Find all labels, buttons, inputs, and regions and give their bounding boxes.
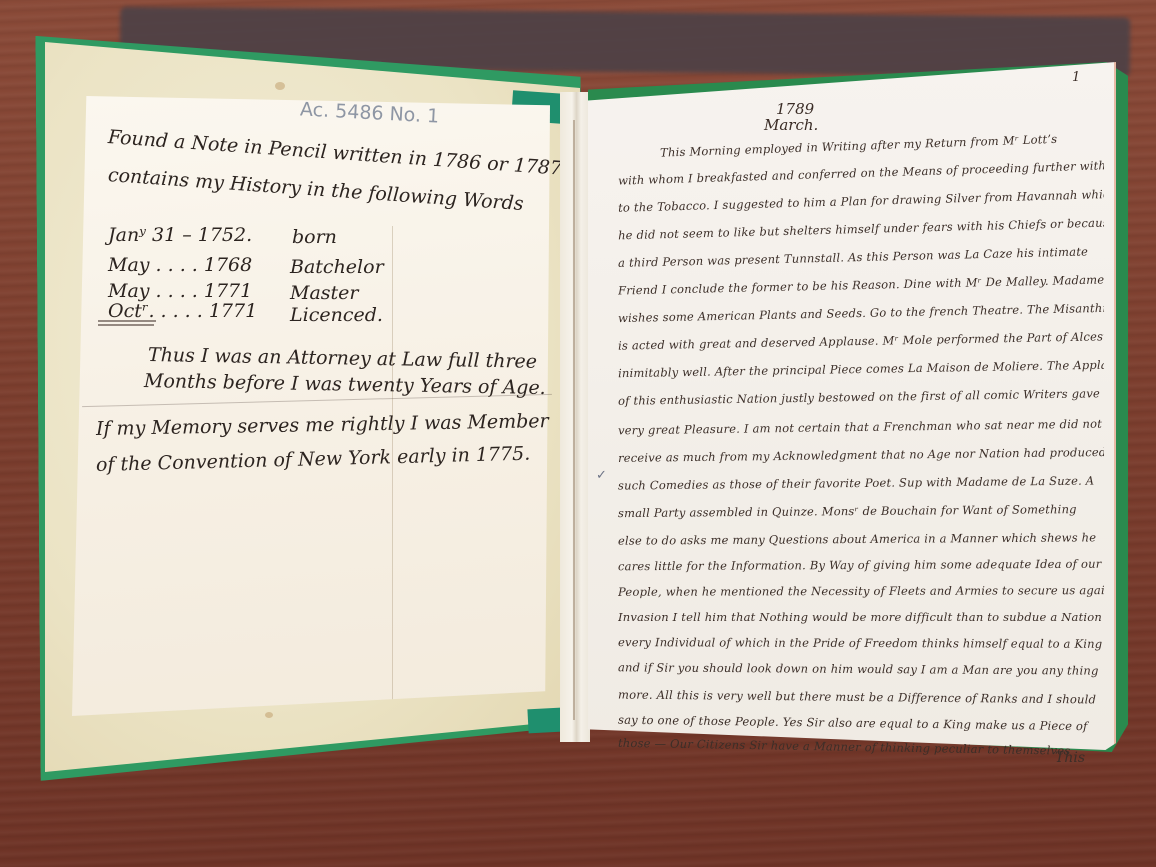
timeline-event: Batchelor (290, 256, 384, 278)
book-gutter (560, 92, 590, 742)
timeline-event: born (292, 226, 337, 248)
page-number: 1 (1072, 70, 1080, 85)
timeline-date: Octʳ. . . . . 1771 (108, 300, 257, 322)
journal-line: every Individual of which in the Pride o… (618, 635, 1104, 651)
timeline-underline (98, 320, 156, 322)
timeline-event: Licenced. (290, 304, 383, 326)
note-fold-line (392, 226, 393, 766)
entry-month: March. (764, 116, 818, 134)
journal-line: Invasion I tell him that Nothing would b… (618, 610, 1104, 624)
gutter-crease (573, 120, 575, 720)
catchword: This (1055, 750, 1085, 766)
journal-line: cares little for the Information. By Way… (618, 557, 1104, 574)
timeline-date: Janʸ 31 – 1752. (108, 224, 252, 246)
timeline-date: May . . . . 1771 (108, 280, 252, 302)
timeline-date: May . . . . 1768 (108, 254, 252, 276)
timeline-event: Master (290, 282, 359, 304)
journal-line: People, when he mentioned the Necessity … (618, 583, 1104, 599)
timeline-underline (98, 324, 154, 326)
margin-checkmark: ✓ (596, 468, 607, 483)
